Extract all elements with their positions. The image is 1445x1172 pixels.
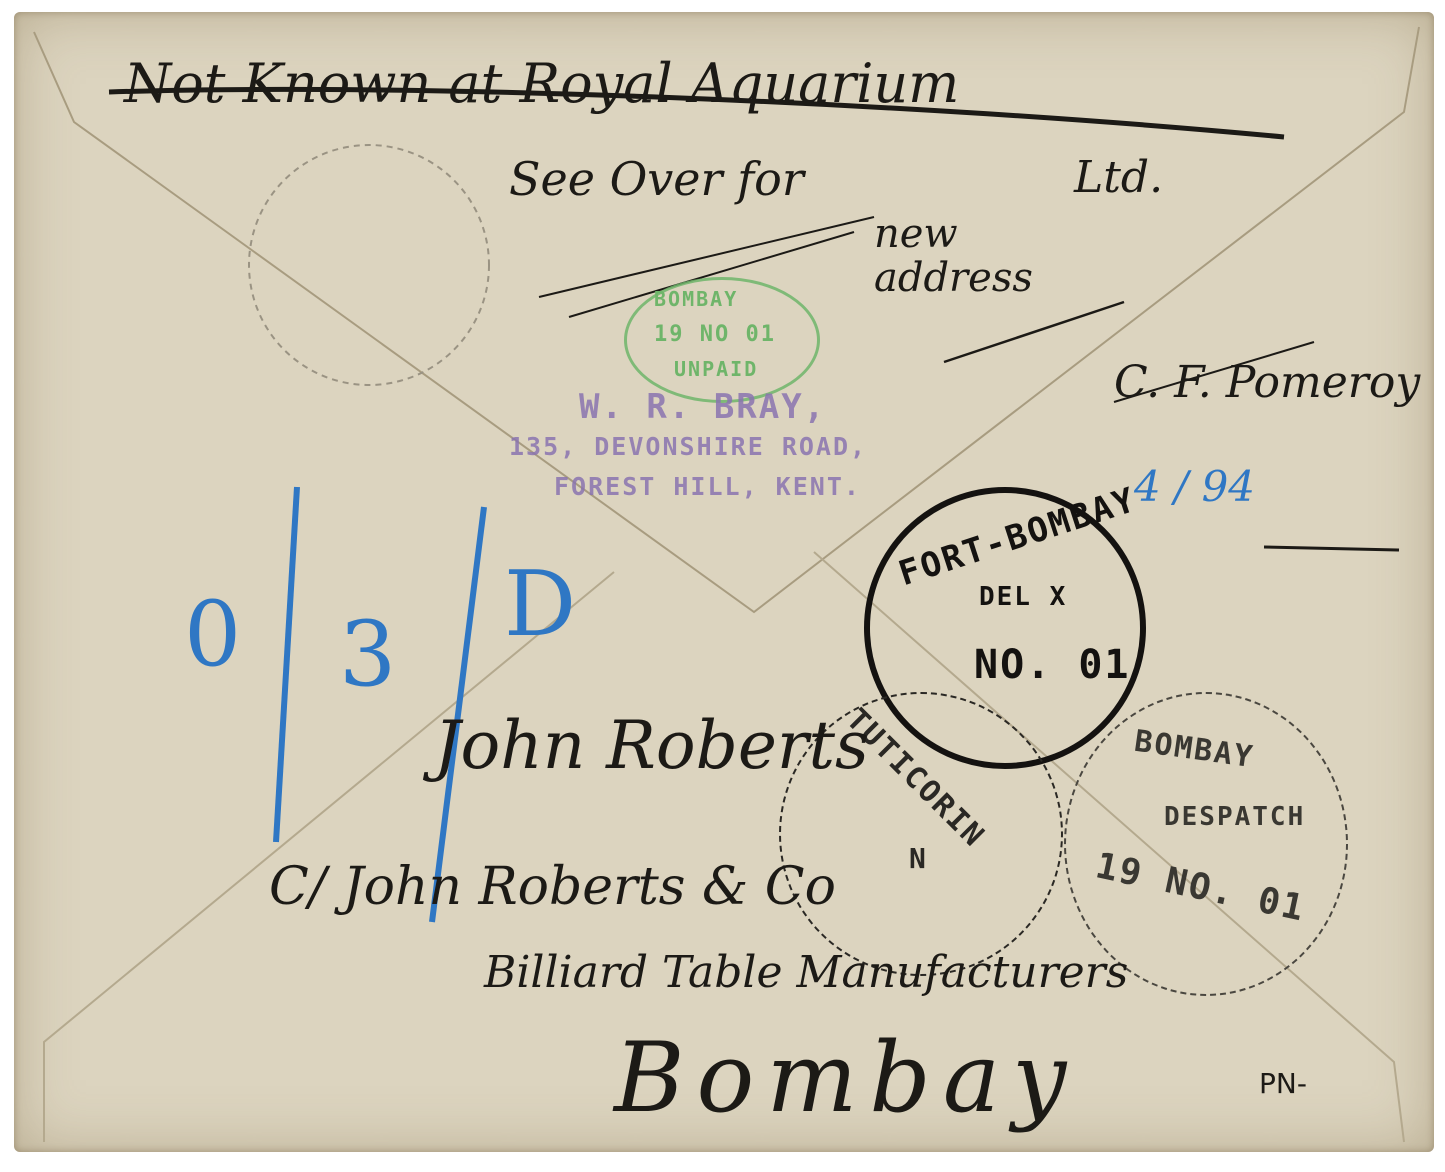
addressee-care-of: C/ John Roberts & Co	[269, 857, 836, 917]
postage-due-label: D	[504, 552, 576, 657]
addressee-name: John Roberts	[434, 707, 869, 784]
postage-due-pence: 3	[339, 602, 396, 707]
addressee-city: Bombay	[614, 1022, 1078, 1134]
struck-not-known-line: Not Known at Royal Aquarium	[124, 52, 959, 115]
postmark-bombay-unpaid-date: 19 NO 01	[654, 322, 776, 347]
postmark-bombay-despatch-middle: DESPATCH	[1164, 802, 1305, 832]
postmark-tuticorin-middle: N	[909, 842, 928, 875]
sender-street: 135, DEVONSHIRE ROAD,	[509, 432, 867, 461]
postmark-fort-bombay-middle: DEL X	[979, 582, 1067, 612]
postage-due-shillings: 0	[184, 582, 241, 687]
pn-note: PN-	[1259, 1067, 1307, 1100]
sender-name: W. R. BRAY,	[579, 387, 826, 427]
addressee-business: Billiard Table Manufacturers	[484, 947, 1128, 998]
envelope-back: Not Known at Royal Aquarium Ltd. See Ove…	[14, 12, 1434, 1152]
signature: C. F. Pomeroy	[1114, 357, 1420, 408]
postmark-fort-bombay-date: NO. 01	[974, 642, 1131, 688]
sender-town: FOREST HILL, KENT.	[554, 472, 861, 501]
postmark-bombay-unpaid-bottom: UNPAID	[674, 357, 758, 381]
see-over-note: See Over for	[509, 152, 804, 206]
postmark-bombay-unpaid-top: BOMBAY	[654, 287, 738, 311]
new-address-note: new address	[874, 212, 1054, 300]
struck-ltd: Ltd.	[1074, 152, 1163, 203]
blue-crayon-initials: 4 / 94	[1134, 462, 1255, 511]
